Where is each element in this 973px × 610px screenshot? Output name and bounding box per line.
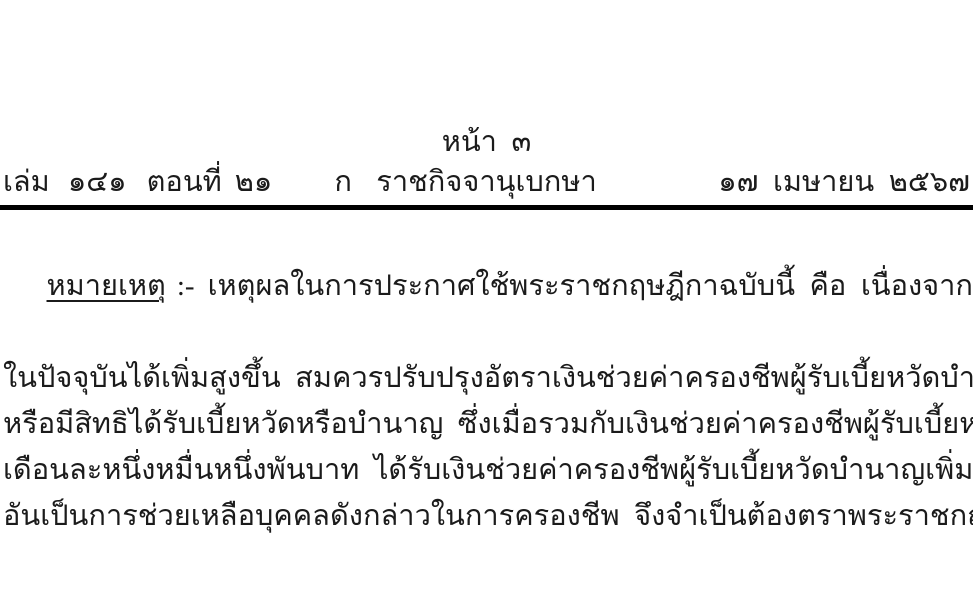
note-label: หมายเหตุ bbox=[47, 270, 166, 302]
note-paragraph-line: อันเป็นการช่วยเหลือบุคคลดังกล่าวในการครอ… bbox=[3, 493, 970, 539]
gazette-date: ๑๗ เมษายน ๒๕๖๗ bbox=[718, 162, 970, 202]
gazette-page: หน้า ๓ เล่ม ๑๔๑ ตอนที่ ๒๑ ก ราชกิจจานุเบ… bbox=[0, 0, 973, 610]
note-paragraph-line: เดือนละหนึ่งหมื่นหนึ่งพันบาท ได้รับเงินช… bbox=[3, 447, 970, 493]
section-letter: ก bbox=[334, 162, 352, 202]
note-paragraph-line: หมายเหตุ:-เหตุผลในการประกาศใช้พระราชกฤษฎ… bbox=[3, 217, 970, 355]
volume-number: ๑๔๑ bbox=[68, 162, 127, 202]
volume-label: เล่ม bbox=[3, 162, 50, 202]
part-label: ตอนที่ bbox=[147, 162, 222, 202]
note-paragraph-line: หรือมีสิทธิได้รับเบี้ยหวัดหรือบำนาญ ซึ่ง… bbox=[3, 401, 970, 447]
note-colon: :- bbox=[177, 270, 195, 302]
note-line-text: เหตุผลในการประกาศใช้พระราชกฤษฎีกาฉบับนี้… bbox=[208, 270, 973, 302]
note-paragraph-line: ในปัจจุบันได้เพิ่มสูงขึ้น สมควรปรับปรุงอ… bbox=[3, 355, 970, 401]
gazette-title: ราชกิจจานุเบกษา bbox=[376, 162, 596, 202]
note-paragraph: หมายเหตุ:-เหตุผลในการประกาศใช้พระราชกฤษฎ… bbox=[3, 217, 970, 539]
gazette-header-row: เล่ม ๑๔๑ ตอนที่ ๒๑ ก ราชกิจจานุเบกษา ๑๗ … bbox=[3, 162, 970, 202]
header-rule-divider bbox=[0, 205, 973, 210]
page-number-label: หน้า ๓ bbox=[0, 122, 973, 162]
part-number: ๒๑ bbox=[235, 162, 273, 202]
volume-part-group: เล่ม ๑๔๑ ตอนที่ ๒๑ ก bbox=[3, 162, 352, 202]
